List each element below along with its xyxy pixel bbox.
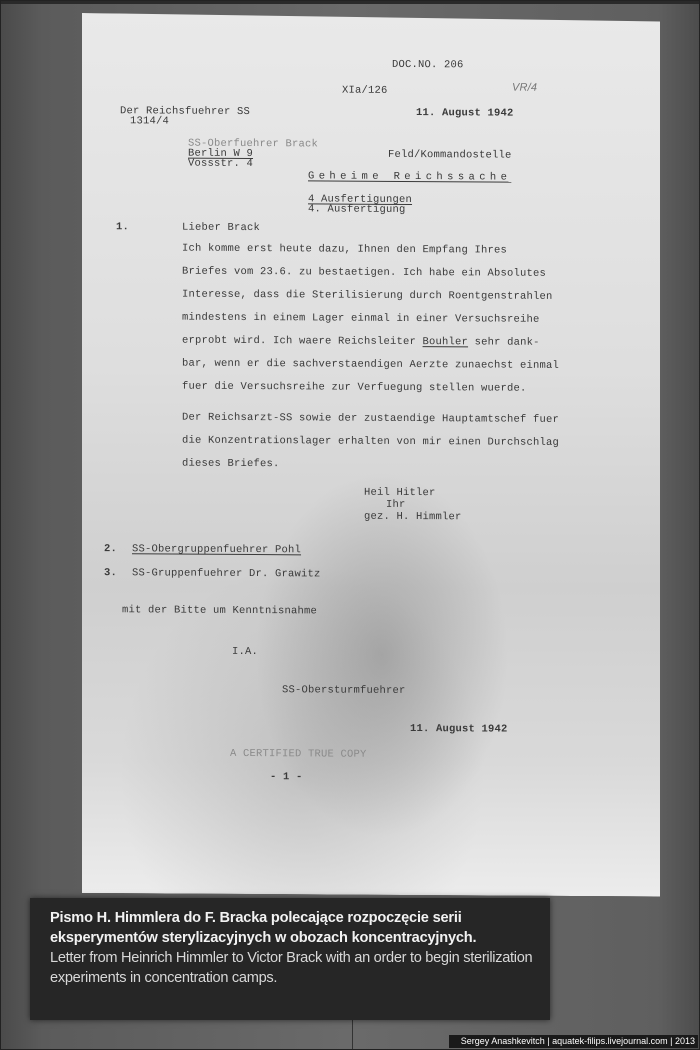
image-border (0, 0, 700, 1050)
